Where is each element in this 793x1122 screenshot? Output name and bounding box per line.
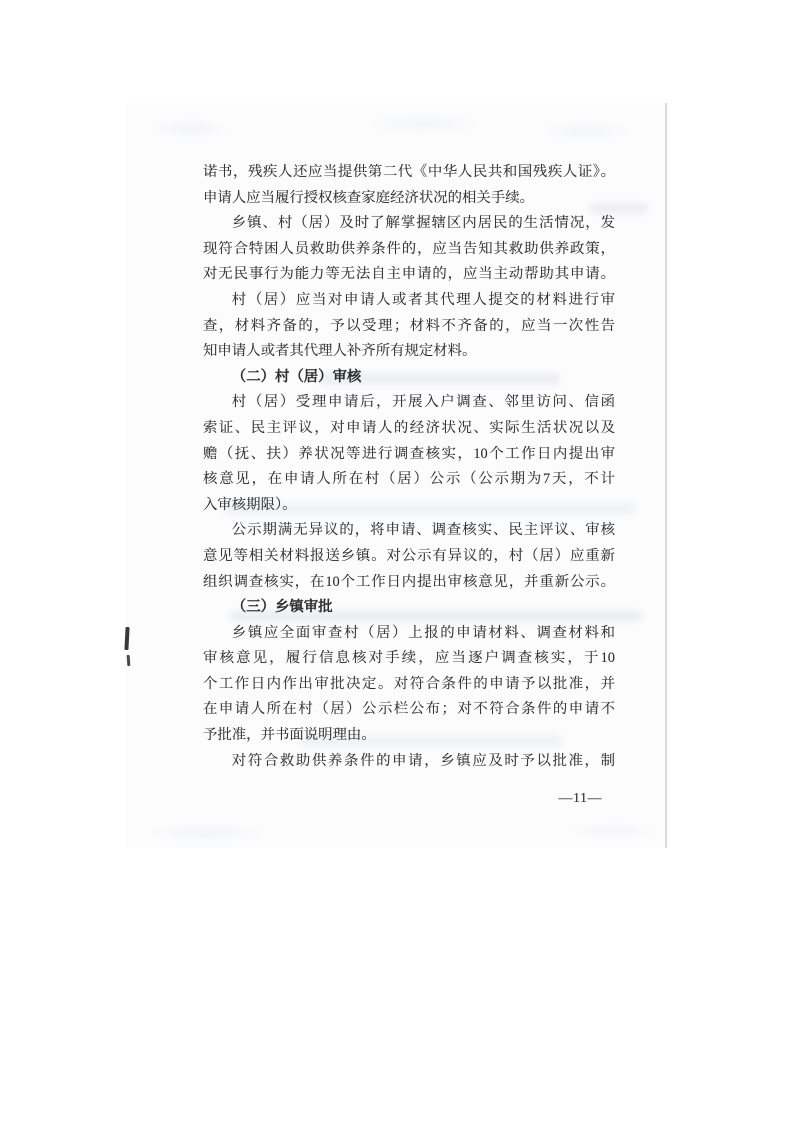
text-line: 个工作日内作出审批决定。对符合条件的申请予以批准，并 [203, 672, 615, 698]
section-heading: （三）乡镇审批 [203, 595, 615, 621]
text-line: 组织调查核实，在10个工作日内提出审核意见，并重新公示。 [203, 570, 615, 596]
scanned-page: 诺书，残疾人还应当提供第二代《中华人民共和国残疾人证》。申请人应当履行授权核查家… [125, 103, 668, 848]
page-fold-edge [665, 103, 667, 848]
text-line: 村（居）受理申请后，开展入户调查、邻里访问、信函 [203, 390, 615, 416]
text-line: 知申请人或者其代理人补齐所有规定材料。 [203, 339, 615, 365]
text-line: 公示期满无异议的，将申请、调查核实、民主评议、审核 [203, 518, 615, 544]
ink-mark [127, 655, 131, 666]
text-line: 查，材料齐备的，予以受理；材料不齐备的，应当一次性告 [203, 314, 615, 340]
text-line: 核意见，在申请人所在村（居）公示（公示期为7天，不计 [203, 467, 615, 493]
text-line: 索证、民主评议，对申请人的经济状况、实际生活状况以及 [203, 416, 615, 442]
page-text-block: 诺书，残疾人还应当提供第二代《中华人民共和国残疾人证》。申请人应当履行授权核查家… [203, 160, 615, 812]
text-line: 乡镇应全面审查村（居）上报的申请材料、调查材料和 [203, 621, 615, 647]
text-line: 申请人应当履行授权核查家庭经济状况的相关手续。 [203, 186, 615, 212]
text-line: 审核意见，履行信息核对手续，应当逐户调查核实，于10 [203, 646, 615, 672]
text-line: 对无民事行为能力等无法自主申请的，应当主动帮助其申请。 [203, 262, 615, 288]
text-line: 现符合特困人员救助供养条件的，应当告知其救助供养政策， [203, 237, 615, 263]
text-line: 在申请人所在村（居）公示栏公布；对不符合条件的申请不 [203, 697, 615, 723]
ink-mark [124, 627, 129, 650]
text-line: 意见等相关材料报送乡镇。对公示有异议的，村（居）应重新 [203, 544, 615, 570]
text-line: 村（居）应当对申请人或者其代理人提交的材料进行审 [203, 288, 615, 314]
page-number: —11— [203, 786, 615, 812]
text-line: 予批准，并书面说明理由。 [203, 723, 615, 749]
text-line: 入审核期限）。 [203, 493, 615, 519]
text-line: 诺书，残疾人还应当提供第二代《中华人民共和国残疾人证》。 [203, 160, 615, 186]
text-line: 赡（抚、扶）养状况等进行调查核实，10个工作日内提出审 [203, 442, 615, 468]
text-line: 乡镇、村（居）及时了解掌握辖区内居民的生活情况，发 [203, 211, 615, 237]
page-text: 诺书，残疾人还应当提供第二代《中华人民共和国残疾人证》。申请人应当履行授权核查家… [203, 160, 615, 774]
section-heading: （二）村（居）审核 [203, 365, 615, 391]
text-line: 对符合救助供养条件的申请，乡镇应及时予以批准，制 [203, 749, 615, 775]
